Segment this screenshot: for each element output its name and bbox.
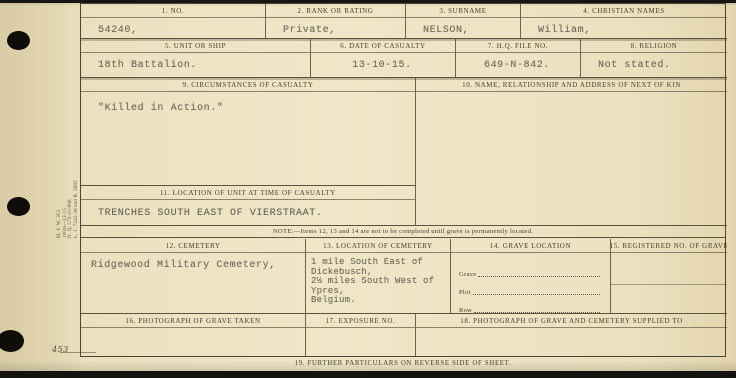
field-circumstances-label: 9. CIRCUMSTANCES OF CASUALTY <box>81 78 415 92</box>
form-note: NOTE:—Items 12, 13 and 14 are not to be … <box>80 225 726 238</box>
scan-bottom-edge <box>0 371 736 378</box>
pencil-stroke <box>60 352 96 353</box>
field-exposure-no: 17. EXPOSURE NO. <box>306 314 416 356</box>
field-rank-value: Private, <box>266 18 405 36</box>
field-exposure-no-value <box>306 328 415 336</box>
row-line-label: Row <box>459 307 472 314</box>
field-cemetery: 12. CEMETERY Ridgewood Military Cemetery… <box>81 239 306 314</box>
field-christian-names: 4. CHRISTIAN NAMES William, <box>521 4 727 39</box>
field-photo-taken: 16. PHOTOGRAPH OF GRAVE TAKEN <box>81 314 306 356</box>
field-photo-taken-value <box>81 328 305 336</box>
field-photo-supplied-label: 18. PHOTOGRAPH OF GRAVE AND CEMETERY SUP… <box>416 314 727 328</box>
field-photo-supplied: 18. PHOTOGRAPH OF GRAVE AND CEMETERY SUP… <box>416 314 727 356</box>
field-location-of-unit-label: 11. LOCATION OF UNIT AT TIME OF CASUALTY <box>81 186 415 200</box>
field-next-of-kin-value <box>416 92 727 100</box>
register-form: 1. NO. 54240, 2. RANK OR RATING Private,… <box>80 3 726 357</box>
field-registered-no-value <box>611 253 727 261</box>
field-cemetery-label: 12. CEMETERY <box>81 239 305 253</box>
field-unit-value: 18th Battalion. <box>81 53 310 71</box>
grave-line-label: Grave <box>459 271 476 278</box>
field-location-of-unit: 11. LOCATION OF UNIT AT TIME OF CASUALTY… <box>81 186 416 226</box>
field-surname: 3. SURNAME NELSON, <box>406 4 521 39</box>
field-date-of-casualty-label: 6. DATE OF CASUALTY <box>311 39 455 53</box>
field-hq-file-no-label: 7. H.Q. FILE NO. <box>456 39 580 53</box>
field-date-of-casualty: 6. DATE OF CASUALTY 13-10-15. <box>311 39 456 78</box>
stamp-line: L. 1. 7242-36 and B. 3682 <box>74 146 80 238</box>
plot-line-label: Plot <box>459 289 471 296</box>
field-christian-names-value: William, <box>521 18 727 36</box>
field-registered-no-label: 15. REGISTERED NO. OF GRAVE <box>611 239 727 253</box>
field-religion: 8. RELIGION Not stated. <box>581 39 727 78</box>
field-location-of-cemetery-label: 13. LOCATION OF CEMETERY <box>306 239 450 253</box>
field-rank-label: 2. RANK OR RATING <box>266 4 405 18</box>
cemetery-location-line2: 2½ miles South West of Ypres, <box>311 276 434 296</box>
row-line-rule <box>474 311 600 313</box>
grave-line: Grave <box>459 271 600 278</box>
field-unit-label: 5. UNIT OR SHIP <box>81 39 310 53</box>
field-photo-supplied-value <box>416 328 727 336</box>
scanned-casualty-form-page: M. F. W. 352 100m—12-15 H. Q. 579-10-866… <box>0 0 736 378</box>
ruled-line <box>611 284 727 285</box>
field-location-of-cemetery: 13. LOCATION OF CEMETERY 1 mile South Ea… <box>306 239 451 314</box>
field-hq-file-no: 7. H.Q. FILE NO. 649-N-842. <box>456 39 581 78</box>
field-circumstances-value: "Killed in Action." <box>81 92 415 114</box>
field-unit: 5. UNIT OR SHIP 18th Battalion. <box>81 39 311 78</box>
field-religion-label: 8. RELIGION <box>581 39 727 53</box>
margin-print-stamp: M. F. W. 352 100m—12-15 H. Q. 579-10-866… <box>57 146 79 238</box>
field-grave-location-label: 14. GRAVE LOCATION <box>451 239 610 253</box>
punch-hole-bottom <box>0 330 24 352</box>
field-rank: 2. RANK OR RATING Private, <box>266 4 406 39</box>
field-surname-value: NELSON, <box>406 18 520 36</box>
field-hq-file-no-value: 649-N-842. <box>456 53 580 71</box>
grave-line-rule <box>478 275 600 277</box>
cemetery-location-line1: 1 mile South East of Dickebusch, <box>311 257 423 277</box>
punch-hole-top <box>7 31 30 50</box>
field-surname-label: 3. SURNAME <box>406 4 520 18</box>
field-registered-no: 15. REGISTERED NO. OF GRAVE <box>611 239 727 314</box>
punch-hole-middle <box>7 197 30 216</box>
field-cemetery-value: Ridgewood Military Cemetery, <box>81 253 305 271</box>
field-no-value: 54240, <box>81 18 265 36</box>
field-grave-location: 14. GRAVE LOCATION Grave Plot Row <box>451 239 611 314</box>
field-next-of-kin-label: 10. NAME, RELATIONSHIP AND ADDRESS OF NE… <box>416 78 727 92</box>
plot-line: Plot <box>459 289 600 296</box>
field-date-of-casualty-value: 13-10-15. <box>311 53 455 71</box>
field-circumstances: 9. CIRCUMSTANCES OF CASUALTY "Killed in … <box>81 78 416 186</box>
field-exposure-no-label: 17. EXPOSURE NO. <box>306 314 415 328</box>
field-no-label: 1. NO. <box>81 4 265 18</box>
cemetery-location-line3: Belgium. <box>311 295 356 305</box>
field-location-of-unit-value: TRENCHES SOUTH EAST OF VIERSTRAAT. <box>81 200 415 219</box>
field-religion-value: Not stated. <box>581 53 727 71</box>
field-location-of-cemetery-value: 1 mile South East of Dickebusch, 2½ mile… <box>306 253 450 306</box>
plot-line-rule <box>473 293 600 295</box>
field-no: 1. NO. 54240, <box>81 4 266 39</box>
grave-location-lines: Grave Plot Row <box>451 253 610 314</box>
row-line: Row <box>459 307 600 314</box>
field-christian-names-label: 4. CHRISTIAN NAMES <box>521 4 727 18</box>
form-footer: 19. FURTHER PARTICULARS ON REVERSE SIDE … <box>80 360 726 367</box>
field-photo-taken-label: 16. PHOTOGRAPH OF GRAVE TAKEN <box>81 314 305 328</box>
field-next-of-kin: 10. NAME, RELATIONSHIP AND ADDRESS OF NE… <box>416 78 727 226</box>
